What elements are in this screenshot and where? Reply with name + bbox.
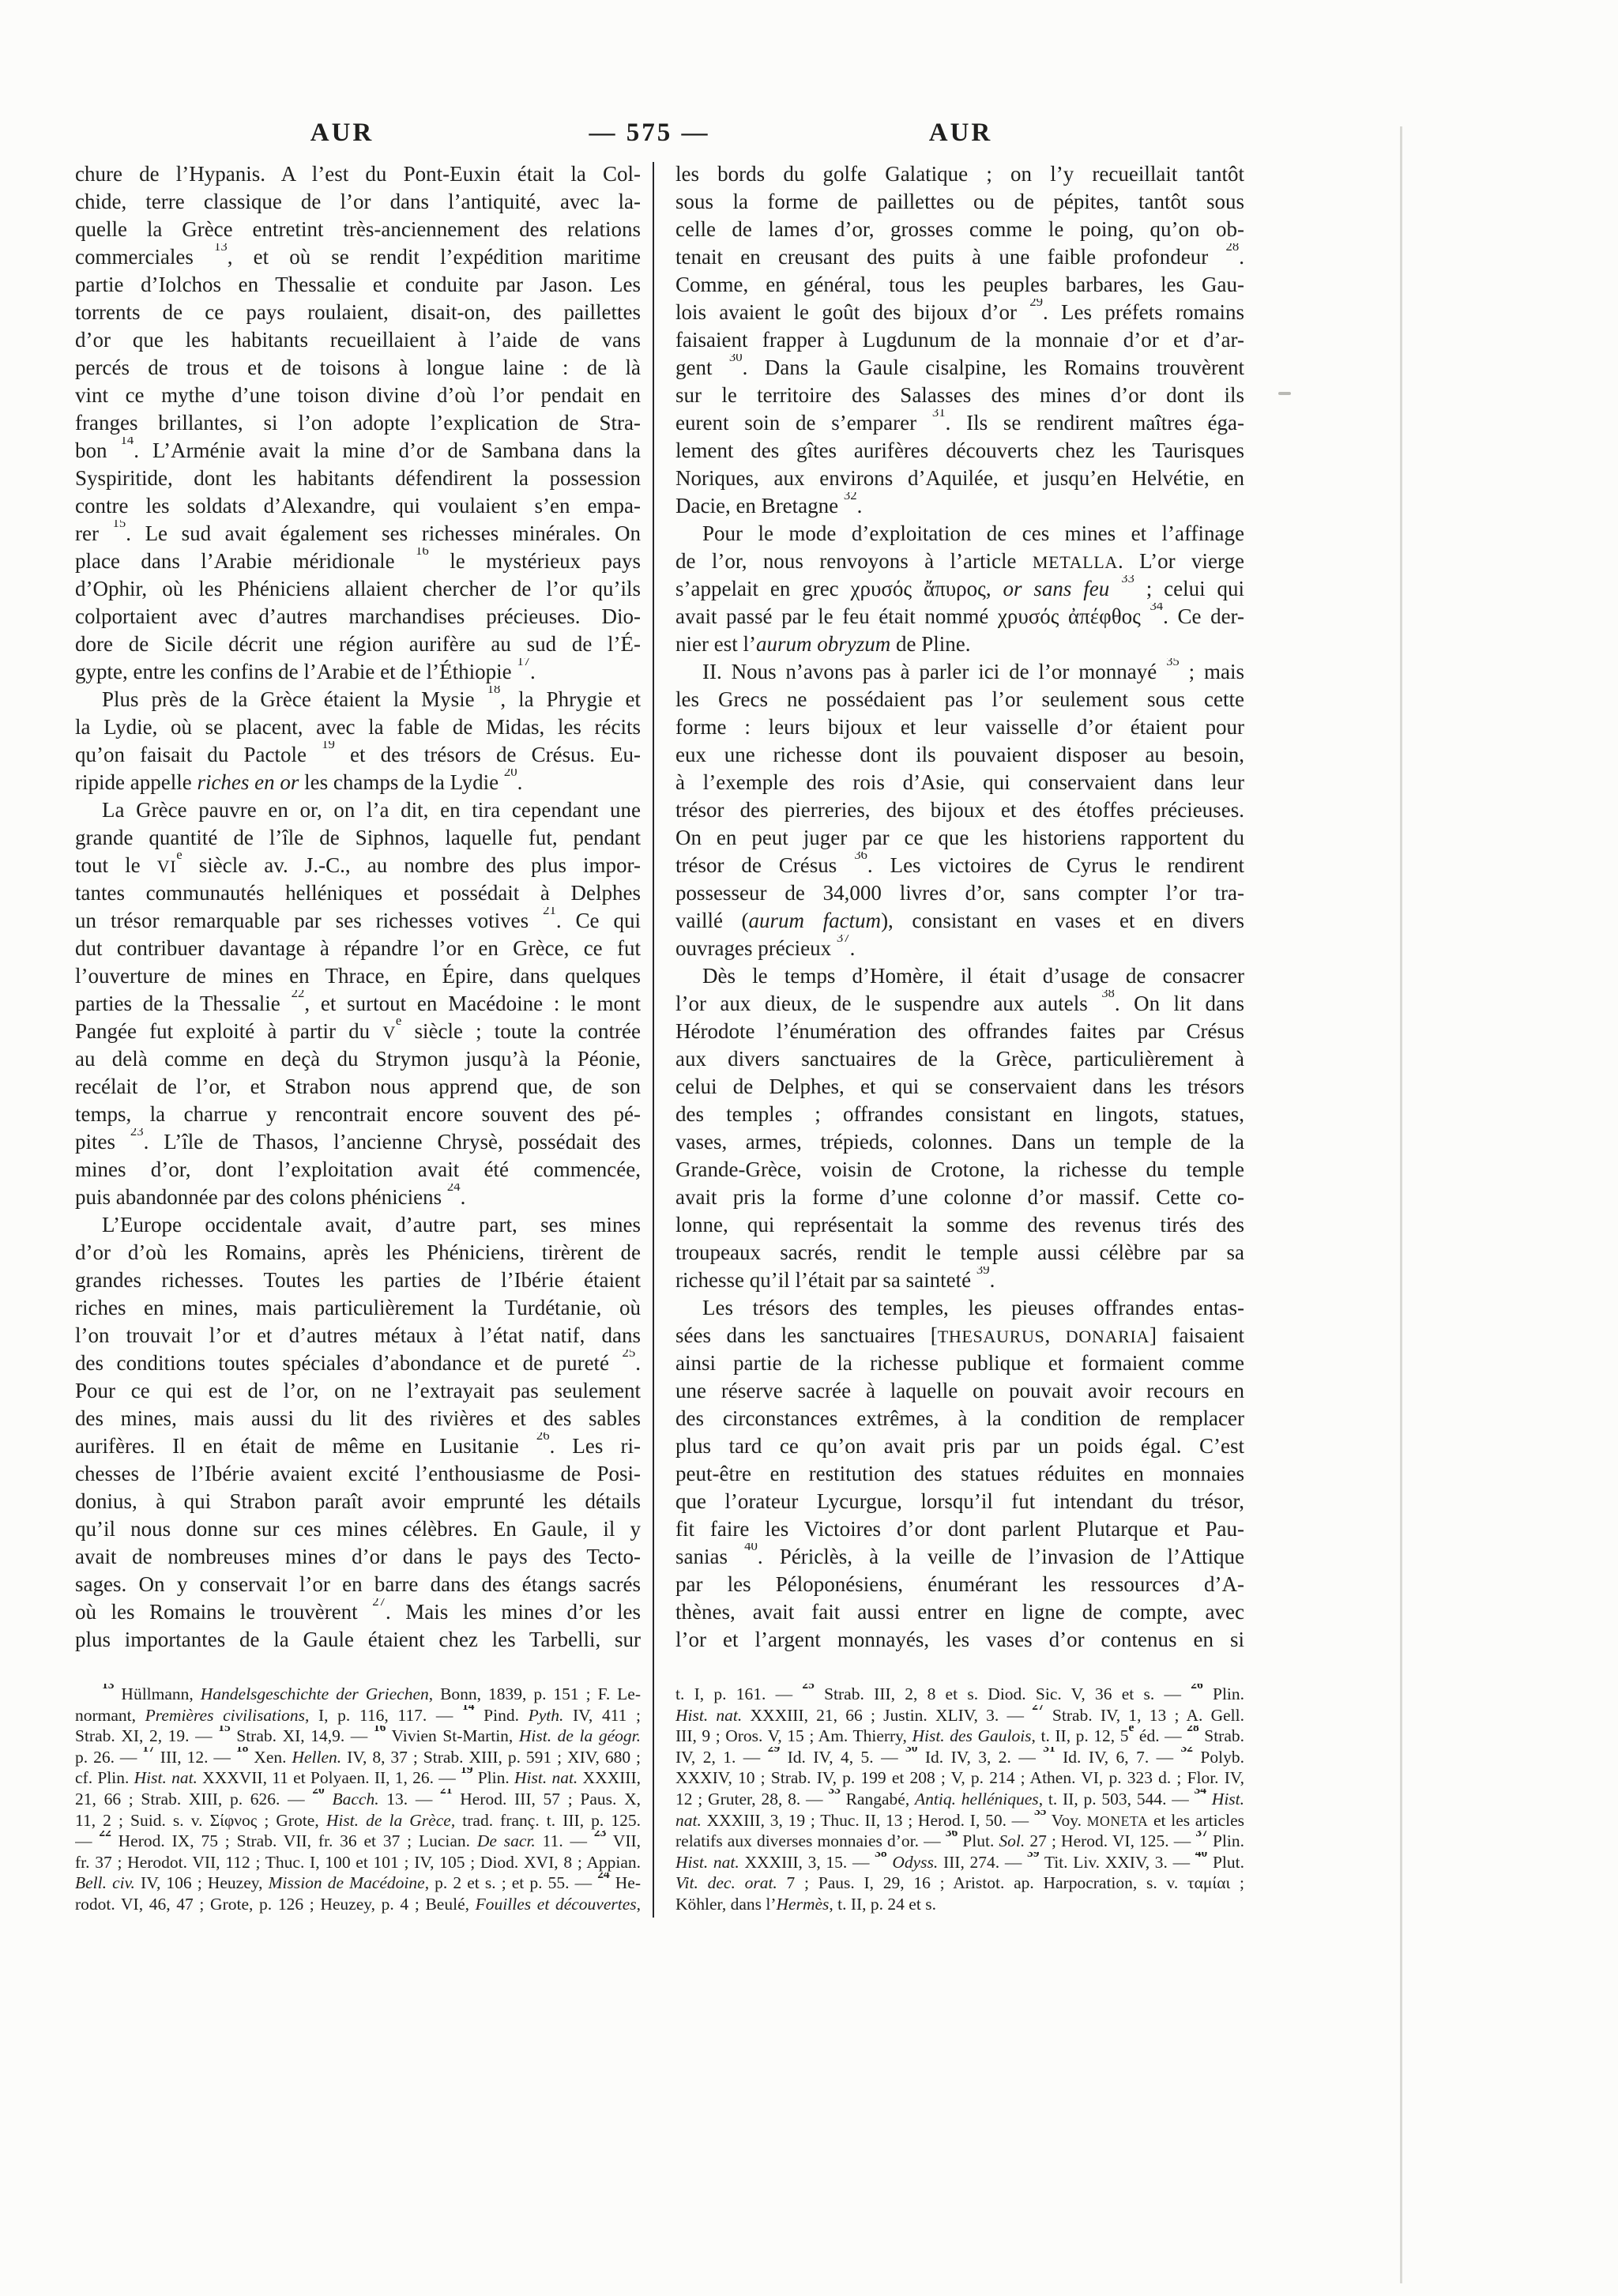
text-line: thènes, avait fait aussi entrer en ligne… [675,1598,1244,1626]
text-line: chure de l’Hypanis. A l’est du Pont-Euxi… [75,160,641,188]
scanned-page: AUR — 575 — AUR chure de l’Hypanis. A l’… [0,0,1618,2296]
page-number: — 575 — [589,119,710,148]
text-line: avait passé par le feu était nommé χρυσό… [675,603,1244,630]
text-line: qu’on faisait du Pactole 19 et des tréso… [75,741,641,769]
text-line: trésor de Crésus 36. Les victoires de Cy… [675,852,1244,879]
text-line: peut-être en restitution des statues réd… [675,1460,1244,1488]
text-line: trésor des pierreries, des bijoux et des… [675,796,1244,824]
text-line: 21, 66 ; Strab. XIII, p. 626. — 20 Bacch… [75,1789,641,1810]
text-line: Strab. XI, 2, 19. — 15 Strab. XI, 14,9. … [75,1726,641,1747]
column-divider-rule [653,162,654,1918]
text-line: Pour ce qui est de l’or, on ne l’extraya… [75,1377,641,1405]
text-line: sur le territoire des Salasses des mines… [675,382,1244,409]
text-line: chesses de l’Ibérie avaient excité l’ent… [75,1460,641,1488]
text-line: riches en mines, mais particulièrement l… [75,1294,641,1322]
text-line: eurent soin de s’emparer 31. Ils se rend… [675,409,1244,437]
text-line: par les Péloponésiens, énumérant les res… [675,1571,1244,1598]
scan-edge-artifact [1400,126,1402,2283]
text-line: une réserve sacrée à laquelle on pouvait… [675,1377,1244,1405]
text-line: On en peut juger par ce que les historie… [675,824,1244,852]
text-line: Pangée fut exploité à partir du ve siècl… [75,1018,641,1045]
text-line: contre les soldats d’Alexandre, qui voul… [75,492,641,520]
text-line: gent 30. Dans la Gaule cisalpine, les Ro… [675,354,1244,382]
text-line: Grande-Grèce, voisin de Crotone, la rich… [675,1156,1244,1184]
text-line: place dans l’Arabie méridionale 16 le my… [75,548,641,575]
text-line: vint ce mythe d’une toison divine d’où l… [75,382,641,409]
text-line: l’or et l’argent monnayés, les vases d’o… [675,1626,1244,1654]
text-line: s’appelait en grec χρυσός ἄπυρος, or san… [675,575,1244,603]
text-line: Noriques, aux environs d’Aquilée, et jus… [675,465,1244,492]
text-line: dore de Sicile décrit une région aurifèr… [75,630,641,658]
text-line: vases, armes, trépieds, colonnes. Dans u… [675,1128,1244,1156]
text-line: commerciales 13, et où se rendit l’expéd… [75,243,641,271]
text-line: 12 ; Gruter, 28, 8. — 33 Rangabé, Antiq.… [675,1789,1244,1810]
text-line: d’or que les habitants recueillaient à l… [75,326,641,354]
text-line: des mines, mais aussi du lit des rivière… [75,1405,641,1432]
text-line: pites 23. L’île de Thasos, l’ancienne Ch… [75,1128,641,1156]
text-line: des temples ; offrandes consistant en li… [675,1101,1244,1128]
text-line: plus importantes de la Gaule étaient che… [75,1626,641,1654]
text-line: Dès le temps d’Homère, il était d’usage … [675,962,1244,990]
body-column-left: chure de l’Hypanis. A l’est du Pont-Euxi… [75,160,641,1654]
text-line: torrents de ce pays roulaient, disait-on… [75,299,641,326]
text-line: l’or aux dieux, de le suspendre aux aute… [675,990,1244,1018]
text-line: lois avaient le goût des bijoux d’or 29.… [675,299,1244,326]
text-line: ouvrages précieux 37. [675,935,1244,962]
text-line: l’on trouvait l’or et d’autres métaux à … [75,1322,641,1349]
text-line: normant, Premières civilisations, I, p. … [75,1705,641,1726]
text-line: forme : leurs bijoux et leur vaisselle d… [675,713,1244,741]
text-line: avait pris la forme d’une colonne d’or m… [675,1184,1244,1211]
text-line: des conditions toutes spéciales d’abonda… [75,1349,641,1377]
text-line: nier est l’aurum obryzum de Pline. [675,630,1244,658]
text-line: aurifères. Il en était de même en Lusita… [75,1432,641,1460]
text-line: Köhler, dans l’Hermès, t. II, p. 24 et s… [675,1894,1244,1915]
text-line: III, 9 ; Oros. V, 15 ; Am. Thierry, Hist… [675,1726,1244,1747]
text-line: grandes richesses. Toutes les parties de… [75,1267,641,1294]
text-line: Hérodote l’énumération des offrandes fai… [675,1018,1244,1045]
text-line: un trésor remarquable par ses richesses … [75,907,641,935]
header-keyword-right: AUR [929,119,993,148]
text-line: l’ouverture de mines en Thrace, en Épire… [75,962,641,990]
text-line: gypte, entre les confins de l’Arabie et … [75,658,641,686]
text-line: rer 15. Le sud avait également ses riche… [75,520,641,548]
text-line: ainsi partie de la richesse publique et … [675,1349,1244,1377]
header-keyword-left: AUR [310,119,374,148]
text-line: — 22 Herod. IX, 75 ; Strab. VII, fr. 36 … [75,1831,641,1852]
text-line: nat. XXXIII, 3, 19 ; Thuc. II, 13 ; Hero… [675,1810,1244,1831]
text-line: les Grecs ne possédaient pas l’or seulem… [675,686,1244,713]
text-line: 13 Hüllmann, Handelsgeschichte der Griec… [75,1684,641,1705]
text-line: aux divers sanctuaires de la Grèce, part… [675,1045,1244,1073]
text-line: les bords du golfe Galatique ; on l’y re… [675,160,1244,188]
text-line: bon 14. L’Arménie avait la mine d’or de … [75,437,641,465]
text-line: Bell. civ. IV, 106 ; Heuzey, Mission de … [75,1873,641,1894]
text-line: des circonstances extrêmes, à la conditi… [675,1405,1244,1432]
text-line: temps, la charrue y rencontrait encore s… [75,1101,641,1128]
text-line: recélait de l’or, et Strabon nous appren… [75,1073,641,1101]
text-line: eux une richesse dont ils pouvaient disp… [675,741,1244,769]
text-line: XXXIV, 10 ; Strab. IV, p. 199 et 208 ; V… [675,1767,1244,1789]
text-line: t. I, p. 161. — 25 Strab. III, 2, 8 et s… [675,1684,1244,1705]
text-line: lement des gîtes aurifères découverts ch… [675,437,1244,465]
text-line: sanias 40. Périclès, à la veille de l’in… [675,1543,1244,1571]
footnote-column-right: t. I, p. 161. — 25 Strab. III, 2, 8 et s… [675,1684,1244,1915]
text-line: donius, à qui Strabon paraît avoir empru… [75,1488,641,1515]
text-line: relatifs aux diverses monnaies d’or. — 3… [675,1831,1244,1852]
text-line: Plus près de la Grèce étaient la Mysie 1… [75,686,641,713]
text-line: percés de trous et de toisons à longue l… [75,354,641,382]
text-line: grande quantité de l’île de Siphnos, laq… [75,824,641,852]
text-line: dut contribuer davantage à répandre l’or… [75,935,641,962]
text-line: chide, terre classique de l’or dans l’an… [75,188,641,216]
text-line: p. 26. — 17 III, 12. — 18 Xen. Hellen. I… [75,1747,641,1768]
text-line: ripide appelle riches en or les champs d… [75,769,641,796]
text-line: à l’exemple des rois d’Asie, qui conserv… [675,769,1244,796]
text-line: tantes communautés helléniques et posséd… [75,879,641,907]
text-line: avait de nombreuses mines d’or dans le p… [75,1543,641,1571]
text-line: partie d’Iolchos en Thessalie et conduit… [75,271,641,299]
text-line: tout le vie siècle av. J.-C., au nombre … [75,852,641,879]
text-line: sages. On y conservait l’or en barre dan… [75,1571,641,1598]
text-line: celui de Delphes, et qui se conservaient… [675,1073,1244,1101]
text-line: quelle la Grèce entretint très-anciennem… [75,216,641,243]
text-line: Dacie, en Bretagne 32. [675,492,1244,520]
text-line: Hist. nat. XXXIII, 21, 66 ; Justin. XLIV… [675,1705,1244,1726]
text-line: Syspiritide, dont les habitants défendir… [75,465,641,492]
text-line: qu’il nous donne sur ces mines célèbres.… [75,1515,641,1543]
text-line: vaillé (aurum factum), consistant en vas… [675,907,1244,935]
text-line: cf. Plin. Hist. nat. XXXVII, 11 et Polya… [75,1767,641,1789]
text-line: Vit. dec. orat. 7 ; Paus. I, 29, 16 ; Ar… [675,1873,1244,1894]
text-line: La Grèce pauvre en or, on l’a dit, en ti… [75,796,641,824]
text-line: possesseur de 34,000 livres d’or, sans c… [675,879,1244,907]
text-line: Hist. nat. XXXIII, 3, 15. — 38 Odyss. II… [675,1852,1244,1873]
text-line: Comme, en général, tous les peuples barb… [675,271,1244,299]
text-line: de l’or, nous renvoyons à l’article meta… [675,548,1244,575]
text-line: où les Romains le trouvèrent 27. Mais le… [75,1598,641,1626]
text-line: sées dans les sanctuaires [thesaurus, do… [675,1322,1244,1349]
body-column-right: les bords du golfe Galatique ; on l’y re… [675,160,1244,1654]
text-line: tenait en creusant des puits à une faibl… [675,243,1244,271]
text-line: troupeaux sacrés, rendit le temple aussi… [675,1239,1244,1267]
text-line: Pour le mode d’exploitation de ces mines… [675,520,1244,548]
text-line: sous la forme de paillettes ou de pépite… [675,188,1244,216]
text-line: la Lydie, où se placent, avec la fable d… [75,713,641,741]
text-line: mines d’or, dont l’exploitation avait ét… [75,1156,641,1184]
text-line: fit faire les Victoires d’or dont parlen… [675,1515,1244,1543]
text-line: II. Nous n’avons pas à parler ici de l’o… [675,658,1244,686]
text-line: 11, 2 ; Suid. s. v. Σίφνος ; Grote, Hist… [75,1810,641,1831]
text-line: celle de lames d’or, grosses comme le po… [675,216,1244,243]
ink-smudge [1278,392,1291,395]
text-line: fr. 37 ; Herodot. VII, 112 ; Thuc. I, 10… [75,1852,641,1873]
text-line: L’Europe occidentale avait, d’autre part… [75,1211,641,1239]
text-line: d’Ophir, où les Phéniciens allaient cher… [75,575,641,603]
text-line: faisaient frapper à Lugdunum de la monna… [675,326,1244,354]
text-line: d’or d’où les Romains, après les Phénici… [75,1239,641,1267]
text-line: lonne, qui représentait la somme des rev… [675,1211,1244,1239]
text-line: rodot. VI, 46, 47 ; Grote, p. 126 ; Heuz… [75,1894,641,1915]
text-line: puis abandonnée par des colons phénicien… [75,1184,641,1211]
text-line: parties de la Thessalie 22, et surtout e… [75,990,641,1018]
text-line: richesse qu’il l’était par sa sainteté 3… [675,1267,1244,1294]
text-line: IV, 2, 1. — 29 Id. IV, 4, 5. — 30 Id. IV… [675,1747,1244,1768]
text-line: au delà comme en deçà du Strymon jusqu’à… [75,1045,641,1073]
text-line: plus tard ce qu’on avait pris par un poi… [675,1432,1244,1460]
text-line: franges brillantes, si l’on adopte l’exp… [75,409,641,437]
text-line: Les trésors des temples, les pieuses off… [675,1294,1244,1322]
text-line: colportaient avec d’autres marchandises … [75,603,641,630]
footnote-column-left: 13 Hüllmann, Handelsgeschichte der Griec… [75,1684,641,1915]
text-line: que l’orateur Lycurgue, lorsqu’il fut in… [675,1488,1244,1515]
